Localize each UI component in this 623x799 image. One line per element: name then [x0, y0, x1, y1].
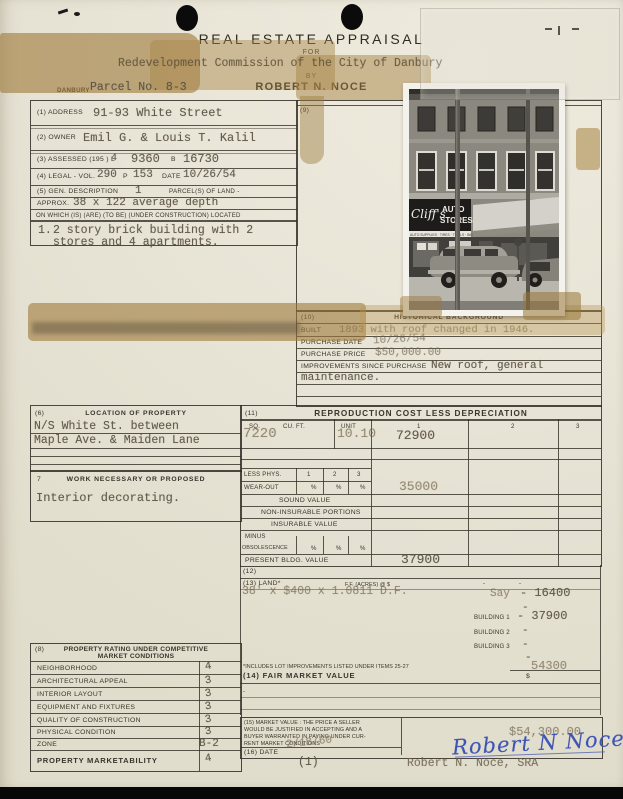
- pct-sign: %: [360, 545, 366, 552]
- improvements-label: IMPROVEMENTS SINCE PURCHASE: [301, 363, 427, 370]
- divider: [199, 661, 200, 771]
- window-card: [428, 243, 437, 250]
- divider: [241, 506, 601, 507]
- reproduction-title: REPRODUCTION COST LESS DEPRECIATION: [241, 409, 601, 418]
- divider: [241, 459, 601, 460]
- present-bldg-label: PRESENT BLDG. VALUE: [245, 557, 329, 564]
- divider: [241, 518, 601, 519]
- legal-p-label: P: [123, 173, 128, 180]
- owner-label: (2) OWNER: [37, 134, 76, 141]
- divider: [31, 185, 297, 186]
- divider: [240, 697, 600, 698]
- parking-meter-head: [514, 238, 522, 246]
- building1-label: BUILDING 1: [474, 614, 510, 621]
- improvements-line1: New roof, general: [431, 360, 543, 372]
- pct-sign: %: [336, 484, 342, 491]
- fmv-label: (14) FAIR MARKET VALUE: [243, 671, 355, 680]
- present-bldg-value: 37900: [401, 552, 440, 567]
- divider: [241, 448, 601, 449]
- punch-hole: [176, 5, 198, 31]
- approx-value: 38 x 122 average depth: [73, 197, 218, 209]
- divider: [241, 419, 601, 421]
- divider: [241, 530, 601, 531]
- assessed-b-label: B: [171, 156, 176, 163]
- divider: [468, 419, 469, 566]
- fmv-typed-value: 54300: [531, 659, 567, 673]
- gen-desc-value: 1: [135, 185, 142, 197]
- sign-line1: AUTO: [442, 205, 465, 214]
- legal-date-label: DATE: [162, 173, 181, 180]
- divider: [31, 150, 297, 151]
- dollar-sign: $: [526, 673, 530, 680]
- rating-row-value: 3: [204, 726, 213, 739]
- rating-row-label: PROPERTY MARKETABILITY: [37, 756, 158, 765]
- footnote: *INCLUDES LOT IMPROVEMENTS LISTED UNDER …: [243, 664, 409, 670]
- cost-value: 72900: [396, 428, 435, 443]
- sound-value-label: SOUND VALUE: [279, 497, 331, 504]
- divider: [31, 750, 241, 751]
- rating-row-value: 3: [204, 688, 213, 701]
- insurable-label: INSURABLE VALUE: [271, 521, 338, 528]
- divider: [31, 220, 297, 222]
- unit-value: 10.10: [337, 426, 376, 441]
- market-line2: WOULD BE JUSTIFIED IN ACCEPTING AND A: [244, 727, 362, 733]
- pct-sign: %: [336, 545, 342, 552]
- divider: [401, 718, 402, 755]
- rating-row-value: 3: [204, 714, 213, 727]
- divider: [31, 448, 241, 449]
- tape-stain: [300, 96, 324, 164]
- market-line1: (15) MARKET VALUE : THE PRICE A SELLER: [244, 720, 360, 726]
- rating-row-value: 4: [204, 753, 213, 766]
- building2-value: -: [522, 625, 529, 637]
- divider: [240, 565, 241, 715]
- dash-mark: -: [483, 580, 485, 587]
- divider: [241, 468, 371, 469]
- assessed-label: (3) ASSESSED (195 ) L: [37, 156, 115, 163]
- paper-page: REAL ESTATE APPRAISAL FOR Redevelopment …: [0, 0, 623, 787]
- divider: [31, 153, 297, 154]
- smudge-stain: [32, 322, 300, 334]
- obsolescence-label: OBSOLESCENCE: [242, 545, 288, 551]
- property-photograph: Cliff's AUTO STORES AUTO SUPPLIES · TIRE…: [403, 83, 565, 316]
- rating-box: PROPERTY RATING UNDER COMPETITIVE (8) MA…: [30, 643, 242, 772]
- tape-sheet: [420, 8, 620, 100]
- work-title: WORK NECESSARY OR PROPOSED: [31, 476, 241, 483]
- non-insurable-label: NON-INSURABLE PORTIONS: [261, 509, 361, 516]
- divider: [31, 168, 297, 169]
- assessed-year: 4: [111, 153, 117, 164]
- tape-stain: [576, 128, 600, 170]
- rating-row-value: 3: [204, 675, 213, 688]
- purchase-price-value: $50,000.00: [375, 347, 441, 359]
- location-line2: Maple Ave. & Maiden Lane: [34, 434, 200, 447]
- pct-sign: %: [360, 484, 366, 491]
- divider: [31, 125, 297, 126]
- col-2-label: 2: [511, 423, 515, 430]
- divider: [334, 419, 335, 449]
- tape-stain: [523, 292, 581, 320]
- rating-row-label: INTERIOR LAYOUT: [37, 691, 103, 698]
- assessed-land-value: 9360: [131, 152, 160, 166]
- assessed-building-value: 16730: [183, 152, 219, 166]
- say-label: Say: [490, 588, 510, 600]
- tape-stain: [400, 296, 442, 318]
- rating-row-value: B-2: [199, 738, 219, 750]
- address-label: (1) ADDRESS: [37, 109, 83, 116]
- purchase-price-label: PURCHASE PRICE: [301, 351, 366, 358]
- address-value: 91-93 White Street: [93, 106, 223, 120]
- window-card: [417, 243, 426, 250]
- minus-label: MINUS: [245, 533, 266, 540]
- property-id-box: (1) ADDRESS 91-93 White Street (2) OWNER…: [30, 100, 298, 246]
- legal-label: (4) LEGAL - VOL.: [37, 173, 95, 180]
- sq-value: 7220: [243, 426, 277, 442]
- improvements-line2: maintenance.: [301, 372, 380, 384]
- divider: [31, 464, 241, 465]
- legal-page-value: 153: [133, 169, 153, 181]
- divider: [297, 384, 601, 385]
- sub-1-label: 1: [307, 471, 311, 478]
- divider: [600, 565, 601, 715]
- rating-row-label: EQUIPMENT AND FIXTURES: [37, 704, 135, 711]
- on-which-label: ON WHICH (IS) (ARE) (TO BE) (UNDER CONST…: [36, 212, 241, 219]
- typed-appraiser-name: Robert N. Noce, SRA: [407, 757, 538, 770]
- legal-date-value: 10/26/54: [183, 169, 236, 181]
- building3-value: -: [522, 639, 529, 651]
- less-phys-label: LESS PHYS.: [244, 471, 282, 478]
- photo-string-course: [409, 139, 559, 143]
- approx-label: APPROX.: [37, 200, 69, 207]
- rating-title-line1: PROPERTY RATING UNDER COMPETITIVE: [31, 646, 241, 653]
- building3-label: BUILDING 3: [474, 643, 510, 650]
- utility-pole: [526, 89, 530, 310]
- col-3-label: 3: [576, 423, 580, 430]
- stray-mark: [58, 9, 68, 15]
- rating-row-value: 4: [204, 661, 213, 674]
- reproduction-box: (11) REPRODUCTION COST LESS DEPRECIATION…: [240, 405, 602, 567]
- dash-mark: -: [243, 688, 245, 695]
- rating-number: (8): [35, 646, 44, 653]
- land-calc-value: 38' x $400 x 1.0811 D.F.: [242, 585, 408, 598]
- divider: [241, 494, 601, 495]
- divider: [31, 128, 297, 129]
- divider: [558, 419, 559, 566]
- gen-desc-label: (5) GEN. DESCRIPTION: [37, 188, 118, 195]
- pct-sign: %: [311, 545, 317, 552]
- divider: [297, 396, 601, 397]
- photo-image: Cliff's AUTO STORES AUTO SUPPLIES · TIRE…: [409, 89, 559, 310]
- sub-3-label: 3: [357, 471, 361, 478]
- date-label: (16) DATE: [244, 749, 278, 756]
- divider: [31, 209, 297, 210]
- owner-value: Emil G. & Louis T. Kalil: [83, 131, 256, 145]
- work-box: 7 WORK NECESSARY OR PROPOSED Interior de…: [30, 470, 242, 522]
- location-box: (6) LOCATION OF PROPERTY N/S White St. b…: [30, 405, 242, 472]
- pct-sign: %: [311, 484, 317, 491]
- work-value: Interior decorating.: [36, 491, 180, 505]
- divider: [240, 683, 600, 684]
- scanned-appraisal-form: { "header": { "title": "REAL ESTATE APPR…: [0, 0, 623, 799]
- divider: [240, 709, 600, 710]
- gen-desc-suffix: PARCEL(S) OF LAND -: [169, 188, 240, 195]
- pole-highlight: [456, 89, 458, 310]
- say-value: - 16400: [520, 586, 570, 600]
- rating-row-label: ARCHITECTURAL APPEAL: [37, 678, 128, 685]
- punch-hole: [341, 4, 363, 30]
- legal-vol-value: 290: [97, 169, 117, 181]
- divider: [323, 536, 324, 554]
- col-cuft-label: CU. FT.: [283, 423, 305, 430]
- section-12-number: (12): [243, 568, 256, 575]
- wear-out-value: 35000: [399, 479, 438, 494]
- rating-row-value: 3: [204, 701, 213, 714]
- building2-label: BUILDING 2: [474, 629, 510, 636]
- located-number: 1.: [38, 224, 52, 237]
- building1-value: - 37900: [517, 609, 567, 623]
- parcel-number: Parcel No. 8-3: [90, 81, 187, 94]
- photo-ledge: [409, 193, 559, 199]
- divider: [297, 348, 601, 349]
- divider: [296, 536, 297, 554]
- rating-row-label: QUALITY OF CONSTRUCTION: [37, 717, 141, 724]
- rating-row-label: ZONE: [37, 741, 57, 748]
- divider: [240, 578, 600, 579]
- rating-row-label: NEIGHBORHOOD: [37, 665, 97, 672]
- location-line1: N/S White St. between: [34, 420, 179, 433]
- located-line2: stores and 4 apartments.: [53, 236, 219, 249]
- stray-mark: [74, 12, 80, 16]
- page-number: (1): [298, 756, 319, 769]
- location-title: LOCATION OF PROPERTY: [31, 410, 241, 417]
- divider: [348, 536, 349, 554]
- divider: [241, 481, 371, 482]
- divider: [371, 419, 372, 566]
- rating-title-line2: MARKET CONDITIONS: [31, 653, 241, 660]
- divider: [31, 456, 241, 457]
- sub-2-label: 2: [333, 471, 337, 478]
- rating-row-label: PHYSICAL CONDITION: [37, 729, 116, 736]
- wear-out-label: WEAR-OUT: [244, 484, 279, 491]
